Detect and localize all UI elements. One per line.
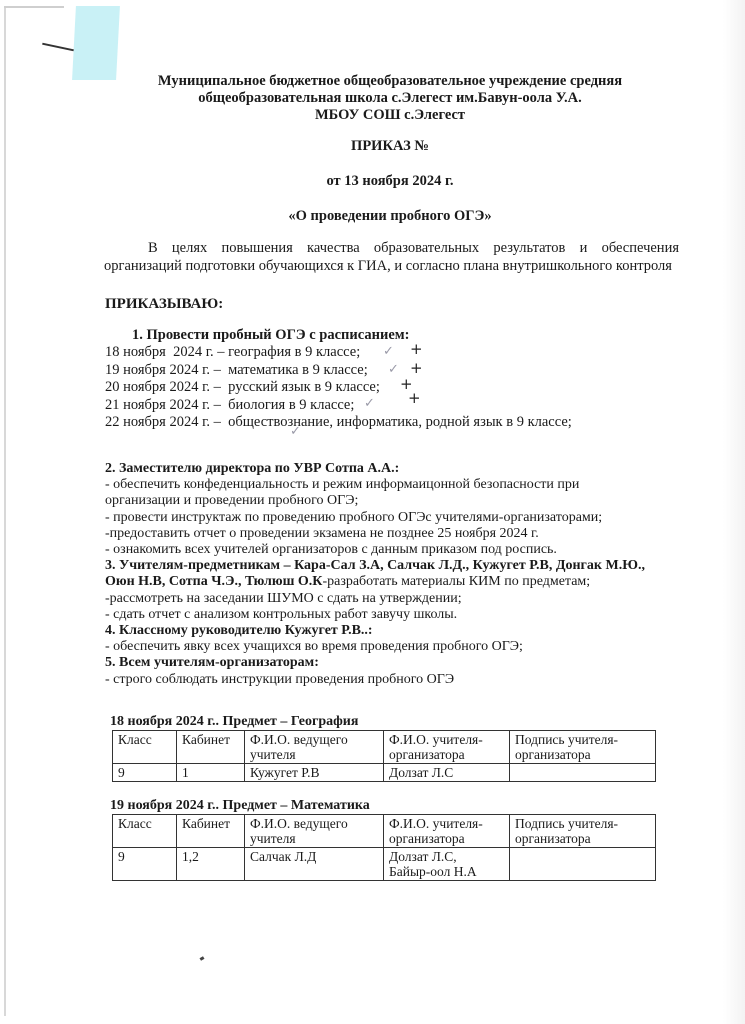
table-geography: Класс Кабинет Ф.И.О. ведущего учителя Ф.… bbox=[112, 730, 656, 782]
exam-schedule: 18 ноября 2024 г. – география в 9 классе… bbox=[105, 344, 572, 432]
table-header-row: Класс Кабинет Ф.И.О. ведущего учителя Ф.… bbox=[113, 815, 656, 848]
table-header-row: Класс Кабинет Ф.И.О. ведущего учителя Ф.… bbox=[113, 731, 656, 764]
header-line: общеобразовательная школа с.Элегест им.Б… bbox=[100, 90, 680, 107]
scan-edge bbox=[4, 6, 6, 1016]
header-cell: Ф.И.О. учителя-организатора bbox=[384, 731, 510, 764]
cell-class: 9 bbox=[113, 848, 177, 881]
order-title: ПРИКАЗ № bbox=[100, 138, 680, 155]
table-row: 9 1 Кужугет Р.В Долзат Л.С bbox=[113, 764, 656, 782]
section2-line: организации и проведении пробного ОГЭ; bbox=[105, 493, 695, 509]
header-cell: Ф.И.О. учителя-организатора bbox=[384, 815, 510, 848]
cell-room: 1 bbox=[177, 764, 245, 782]
check-mark-icon: ✓ bbox=[364, 396, 375, 411]
section2-line: - ознакомить всех учителей организаторов… bbox=[105, 542, 695, 558]
header-cell: Кабинет bbox=[177, 731, 245, 764]
scan-speck bbox=[200, 956, 205, 961]
header-cell: Подпись учителя-организатора bbox=[510, 731, 656, 764]
plus-mark-icon: + bbox=[410, 340, 423, 358]
header-cell: Ф.И.О. ведущего учителя bbox=[245, 815, 384, 848]
header-cell: Кабинет bbox=[177, 815, 245, 848]
section3-line: - сдать отчет с анализом контрольных раб… bbox=[105, 607, 695, 623]
table-geography-title: 18 ноября 2024 г.. Предмет – География bbox=[110, 714, 358, 730]
intro-paragraph: В целях повышения качества образовательн… bbox=[104, 239, 679, 275]
schedule-item: 21 ноября 2024 г. – биология в 9 классе; bbox=[105, 397, 572, 415]
section3-line: -рассмотреть на заседании ШУМО с сдать н… bbox=[105, 591, 695, 607]
cell-organizer: Долзат Л.С, Байыр-оол Н.А bbox=[384, 848, 510, 881]
cell-class: 9 bbox=[113, 764, 177, 782]
section2-line: - провести инструктаж по проведению проб… bbox=[105, 510, 695, 526]
order-date: от 13 ноября 2024 г. bbox=[100, 173, 680, 190]
table-math: Класс Кабинет Ф.И.О. ведущего учителя Ф.… bbox=[112, 814, 656, 881]
order-body: 2. Заместителю директора по УВР Сотпа А.… bbox=[105, 461, 695, 688]
table-math-title: 19 ноября 2024 г.. Предмет – Математика bbox=[110, 798, 370, 814]
section3-line: Оюн Н.В, Сотпа Ч.Э., Тюлюш О.К-разработа… bbox=[105, 574, 695, 590]
header-cell: Класс bbox=[113, 731, 177, 764]
schedule-item: 20 ноября 2024 г. – русский язык в 9 кла… bbox=[105, 379, 572, 397]
section5-line: - строго соблюдать инструкции проведения… bbox=[105, 672, 695, 688]
cell-room: 1,2 bbox=[177, 848, 245, 881]
section3-task: -разработать материалы КИМ по предметам; bbox=[322, 574, 590, 589]
cell-signature bbox=[510, 764, 656, 782]
section4-heading: 4. Классному руководителю Кужугет Р.В..: bbox=[105, 623, 695, 639]
section2-line: - обеспечить конфеденциальность и режим … bbox=[105, 477, 695, 493]
check-mark-icon: ✓ bbox=[388, 362, 399, 377]
cell-lead-teacher: Салчак Л.Д bbox=[245, 848, 384, 881]
schedule-item: 19 ноября 2024 г. – математика в 9 класс… bbox=[105, 362, 572, 380]
header-cell: Подпись учителя-организатора bbox=[510, 815, 656, 848]
sticky-note bbox=[72, 6, 120, 80]
section2-line: -предоставить отчет о проведении экзамен… bbox=[105, 526, 695, 542]
cell-organizer: Долзат Л.С bbox=[384, 764, 510, 782]
header-line: Муниципальное бюджетное общеобразователь… bbox=[100, 73, 680, 90]
cell-signature bbox=[510, 848, 656, 881]
cell-lead-teacher: Кужугет Р.В bbox=[245, 764, 384, 782]
section1-heading: 1. Провести пробный ОГЭ с расписанием: bbox=[132, 327, 409, 344]
check-mark-icon: ✓ bbox=[290, 424, 301, 439]
scan-shadow bbox=[723, 0, 745, 1024]
section4-line: - обеспечить явку всех учащихся во время… bbox=[105, 639, 695, 655]
order-subject: «О проведении пробного ОГЭ» bbox=[100, 208, 680, 225]
prikazyvayu-heading: ПРИКАЗЫВАЮ: bbox=[105, 296, 223, 313]
section3-heading: 3. Учителям-предметникам – Кара-Сал З.А,… bbox=[105, 558, 695, 574]
table-row: 9 1,2 Салчак Л.Д Долзат Л.С, Байыр-оол Н… bbox=[113, 848, 656, 881]
section3-teachers: Оюн Н.В, Сотпа Ч.Э., Тюлюш О.К bbox=[105, 574, 322, 589]
section2-heading: 2. Заместителю директора по УВР Сотпа А.… bbox=[105, 461, 695, 477]
check-mark-icon: ✓ bbox=[383, 344, 394, 359]
plus-mark-icon: + bbox=[408, 389, 421, 407]
schedule-item: 22 ноября 2024 г. – обществознание, инфо… bbox=[105, 414, 572, 432]
header-line: МБОУ СОШ с.Элегест bbox=[100, 107, 680, 124]
section5-heading: 5. Всем учителям-организаторам: bbox=[105, 655, 695, 671]
scan-edge-top bbox=[4, 6, 64, 8]
school-header: Муниципальное бюджетное общеобразователь… bbox=[100, 73, 680, 124]
pen-mark bbox=[42, 43, 74, 52]
schedule-item: 18 ноября 2024 г. – география в 9 классе… bbox=[105, 344, 572, 362]
header-cell: Ф.И.О. ведущего учителя bbox=[245, 731, 384, 764]
header-cell: Класс bbox=[113, 815, 177, 848]
